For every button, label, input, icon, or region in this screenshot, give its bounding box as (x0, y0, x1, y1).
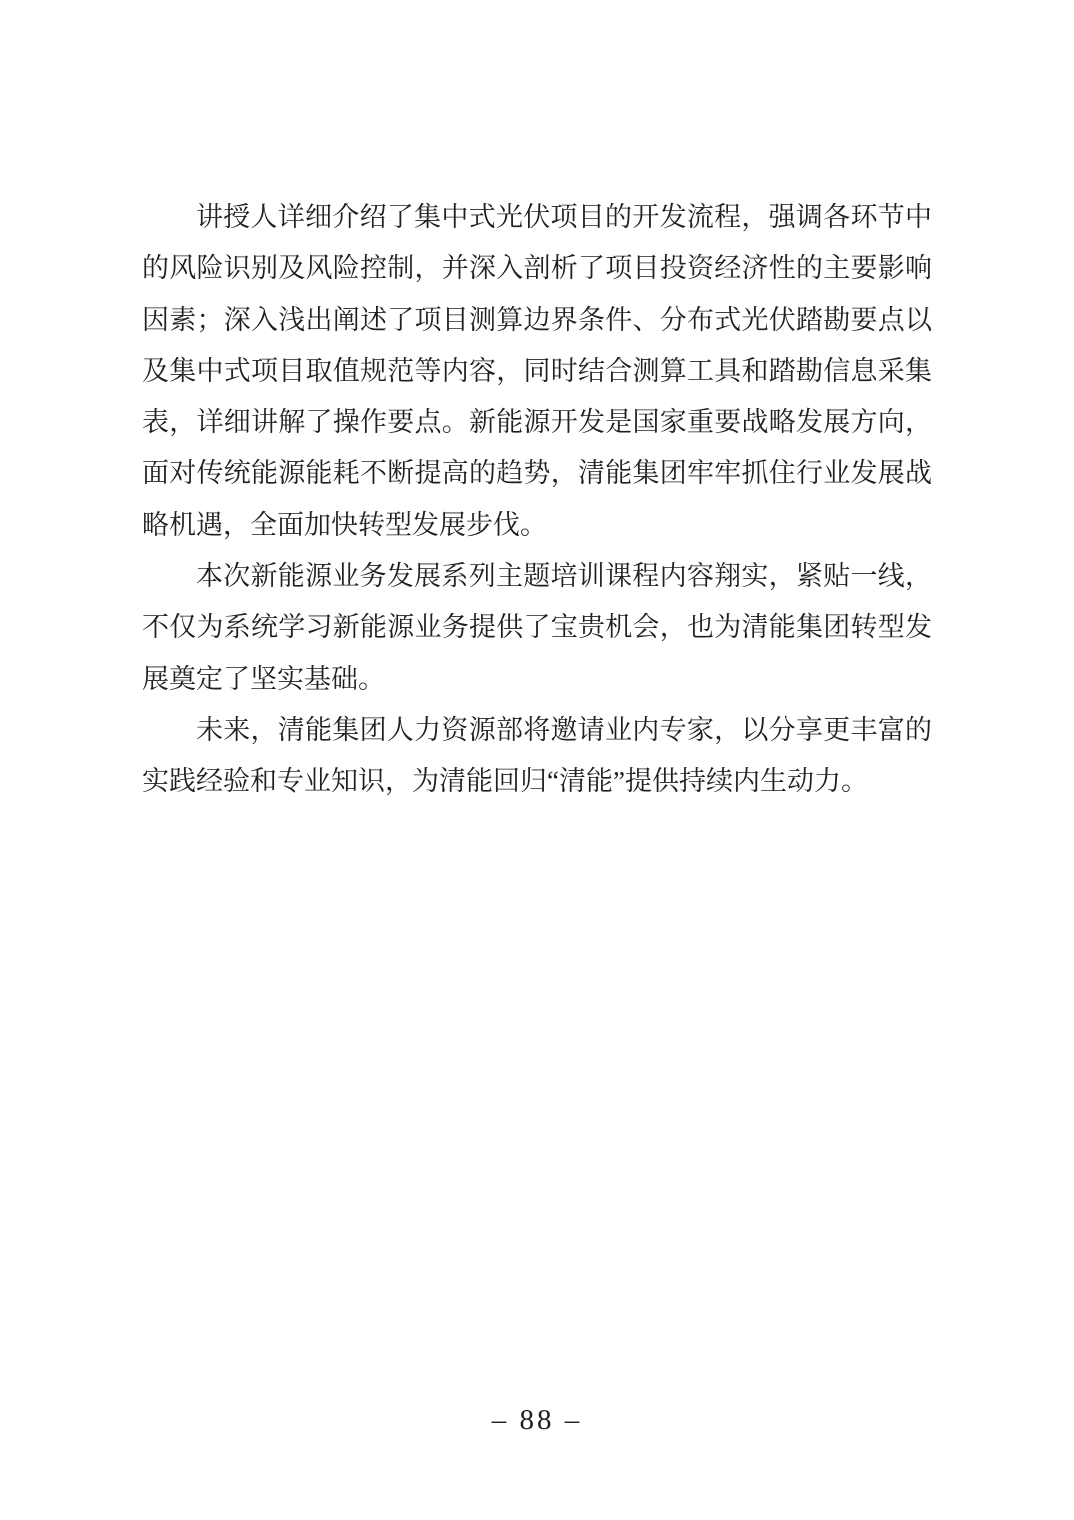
paragraph-future-plans: 未来，清能集团人力资源部将邀请业内专家，以分享更丰富的实践经验和专业知识，为清能… (142, 705, 932, 808)
paragraph-training-summary: 本次新能源业务发展系列主题培训课程内容翔实，紧贴一线，不仅为系统学习新能源业务提… (142, 551, 932, 705)
page-number: – 88 – (492, 1404, 583, 1436)
page-footer: – 88 – (0, 1404, 1074, 1437)
document-body: 讲授人详细介绍了集中式光伏项目的开发流程，强调各环节中的风险识别及风险控制，并深… (142, 192, 932, 808)
document-page: 讲授人详细介绍了集中式光伏项目的开发流程，强调各环节中的风险识别及风险控制，并深… (0, 0, 1074, 1520)
paragraph-development-process: 讲授人详细介绍了集中式光伏项目的开发流程，强调各环节中的风险识别及风险控制，并深… (142, 192, 932, 551)
